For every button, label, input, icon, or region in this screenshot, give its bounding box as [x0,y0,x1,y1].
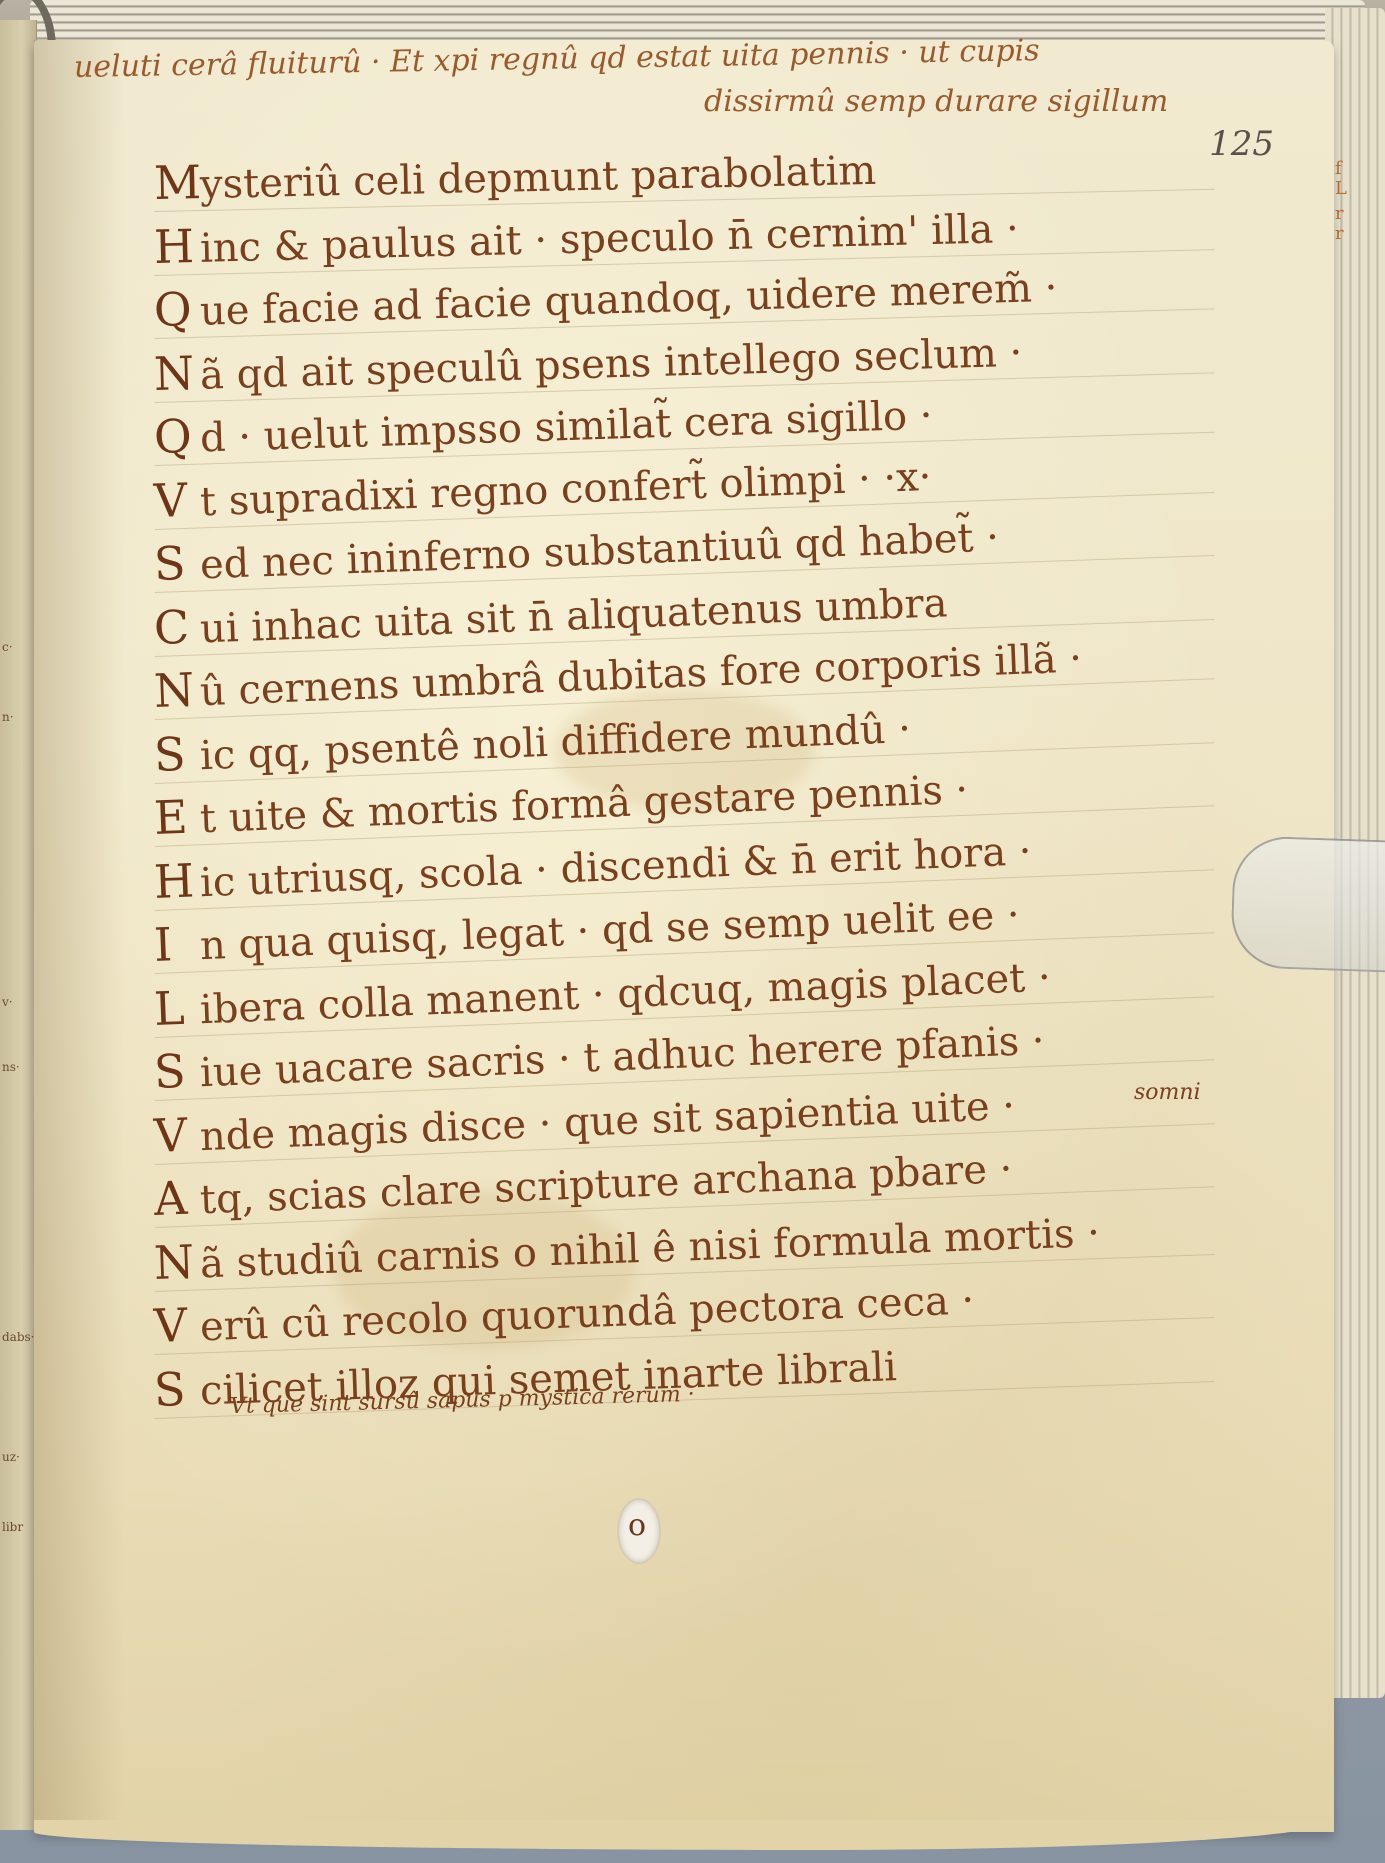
verse-initial: N [153,658,201,723]
hole-letter: o [628,1508,646,1543]
edge-mark: r [1335,203,1344,224]
verse-initial: E [153,785,201,850]
verse-initial: Q [153,278,201,343]
verse-initial: H [153,214,201,279]
left-fragment: ns· [2,1060,20,1074]
verse-initial: S [153,1357,201,1422]
verse-initial: L [153,976,201,1041]
left-fragment: n· [2,710,14,724]
manuscript-leaf: ueluti cerâ fluiturû · Et xpi regnû qd e… [34,40,1334,1832]
page-holder-clip [1230,835,1385,973]
gutter-shadow [34,40,124,1832]
left-fragment: dabs· [2,1330,35,1344]
verse-initial: A [153,1166,201,1231]
left-facing-page-edge: c· n· v· ns· dabs· uz· libr [0,20,37,1830]
verse-initial: S [153,722,201,787]
edge-mark: L [1335,178,1347,199]
left-fragment: libr [2,1520,23,1534]
verse-initial: M [153,151,200,215]
interlinear-gloss: somni [1134,1080,1201,1105]
top-margin-line-2: dissirmû semp durare sigillum [704,84,1168,120]
left-fragment: uz· [2,1450,20,1464]
left-fragment: c· [2,640,13,654]
verse-text: ysteriû celi depmunt parabolatim [200,148,877,208]
verse-initial: Q [153,405,201,470]
verse-initial: V [153,1293,201,1358]
verse-block: Mysteriû celi depmunt parabolatim Hinc &… [154,152,1254,1422]
verse-initial: C [153,595,201,660]
verse-initial: H [153,849,201,914]
verse-initial: I [153,912,201,977]
verse-initial: N [153,341,201,406]
left-fragment: v· [2,995,13,1009]
edge-mark: r [1335,223,1344,244]
edge-mark: f [1335,158,1342,179]
verse-initial: V [153,1103,201,1168]
top-margin-line-1: ueluti cerâ fluiturû · Et xpi regnû qd e… [74,33,1040,86]
verse-initial: N [153,1230,201,1295]
verse-initial: S [153,531,201,596]
verse-initial: V [153,468,201,533]
verse-initial: S [153,1039,201,1104]
